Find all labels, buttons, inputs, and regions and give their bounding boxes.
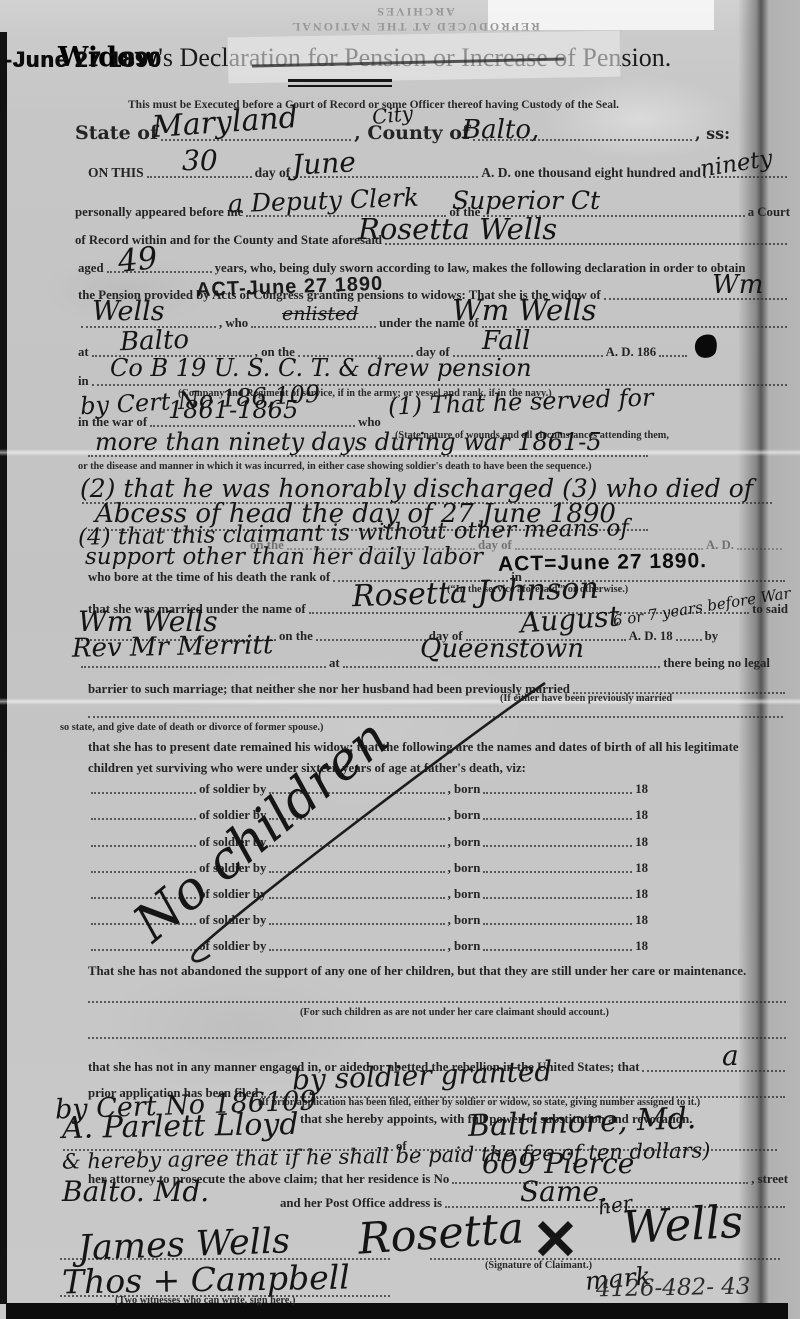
hw-surname: Wells <box>92 298 165 325</box>
no-legal-label: there being no legal <box>663 656 770 671</box>
hw-served1: (1) That he served for <box>388 385 654 418</box>
left-edge-black-strip <box>0 32 7 1304</box>
hw-claimant-last: Wells <box>621 1199 744 1250</box>
year18-label: 18 <box>635 887 648 902</box>
ad-18-label: A. D. 18 <box>629 629 673 644</box>
aged-rest: years, who, being duly sworn according t… <box>215 261 746 276</box>
hw-claimant-first: Rosetta <box>357 1207 526 1261</box>
ad-186-label: A. D. 186 <box>606 345 656 360</box>
marriage-place-field <box>343 664 661 668</box>
po-label: and her Post Office address is <box>280 1196 442 1211</box>
day-of-label: day of <box>255 165 291 181</box>
rank-label: who bore at the time of his death the ra… <box>88 570 330 585</box>
year18-label: 18 <box>635 913 648 928</box>
hw-file-number: 4126-482- 43 <box>596 1276 751 1302</box>
on-this-label: ON THIS <box>88 165 144 181</box>
hw-day: 30 <box>182 147 218 175</box>
year18-label: 18 <box>635 861 648 876</box>
minister-field <box>81 664 326 668</box>
hw-residence: 609 Pierce <box>482 1150 634 1178</box>
hw-witness2: Thos + Campbell <box>62 1260 350 1298</box>
hw-po: Same. <box>520 1178 608 1206</box>
abandoned-line: That she has not abandoned the support o… <box>88 964 746 979</box>
who-label: , who <box>219 316 248 331</box>
archives-banner: REPRODUCED AT THE NATIONAL ARCHIVES <box>250 4 580 34</box>
aged-line: aged years, who, being duly sworn accord… <box>78 261 760 276</box>
date-stamp-top-left: -June 27 1890 <box>4 47 161 73</box>
at-label: at <box>78 345 89 360</box>
hw-support: support other than her daily labor <box>85 546 483 569</box>
ss-label: , ss: <box>695 124 730 143</box>
a-court-label: a Court <box>748 205 790 220</box>
hw-enlist-date: Fall <box>482 328 530 354</box>
hw-widow-of: Wm <box>712 272 763 298</box>
hw-county: Balto, <box>462 117 539 143</box>
hw-served2: more than ninety days during war 1861-5 <box>95 430 602 454</box>
hw-attorney-place: Baltimore, Md. <box>468 1104 697 1142</box>
on-the-label3: on the <box>279 629 313 644</box>
hw-marriage-month: August <box>519 603 621 638</box>
hw-month: June <box>291 148 356 179</box>
year18-label: 18 <box>635 808 648 823</box>
ad-text: A. D. one thousand eight hundred and <box>481 165 701 181</box>
year18-label: 18 <box>635 782 648 797</box>
disease-note: or the disease and manner in which it wa… <box>78 461 592 472</box>
marriage-year-field <box>676 637 702 641</box>
scanned-pension-declaration: REPRODUCED AT THE NATIONAL ARCHIVES Wido… <box>0 0 800 1319</box>
aged-label: aged <box>78 261 104 276</box>
hw-city-note: City <box>371 103 414 127</box>
year18-label: 18 <box>635 939 648 954</box>
year-suffix-field <box>659 353 687 357</box>
hw-marriage-place: Queenstown <box>420 636 584 662</box>
hw-place: Balto <box>120 327 190 355</box>
pension-line: the Pension provided by Acts of Congress… <box>78 288 790 303</box>
double-rule <box>288 79 392 87</box>
account-note: (For such children as are not under her … <box>300 1007 609 1018</box>
hw-minister: Rev Mr Merritt <box>72 632 274 662</box>
ghost-field3 <box>737 546 782 550</box>
by-label: by <box>705 629 719 644</box>
hw-war: 1861-1865 <box>168 398 298 422</box>
claimant-note: (Signature of Claimant.) <box>485 1260 592 1271</box>
hw-attorney: A. Parlett Lloyd <box>62 1110 299 1144</box>
in-label: in <box>78 374 89 389</box>
hw-soldier-name: Wm Wells <box>452 296 597 325</box>
hw-age: 49 <box>116 243 158 278</box>
hw-enlisted: enlisted <box>282 305 358 324</box>
abandoned-text: That she has not abandoned the support o… <box>88 964 746 979</box>
county-label: , County of <box>354 122 470 144</box>
account-rule-2 <box>88 1035 786 1039</box>
rebellion-field <box>642 1068 785 1072</box>
marriage-day-field <box>316 637 426 641</box>
state-label: State of <box>75 122 158 144</box>
hw-company: Co B 19 U. S. C. T. & drew pension <box>110 356 532 380</box>
hw-residence2: Balto. Md. <box>62 1178 209 1206</box>
hw-claimant: Rosetta Wells <box>358 215 557 244</box>
at-label2: at <box>329 656 340 671</box>
claimant-rule <box>430 1256 780 1260</box>
account-rule-1 <box>88 999 786 1003</box>
witness-note: (Two witnesses who can write, sign here.… <box>115 1295 295 1306</box>
hw-that-a: a <box>722 1042 739 1070</box>
appeared-label: personally appeared before me <box>75 205 243 220</box>
hw-court: Superior Ct <box>452 188 600 213</box>
hw-discharged: (2) that he was honorably discharged (3)… <box>80 476 753 501</box>
ghost-ad: A. D. <box>706 538 734 553</box>
street-label: , street <box>751 1172 788 1187</box>
year18-label: 18 <box>635 835 648 850</box>
